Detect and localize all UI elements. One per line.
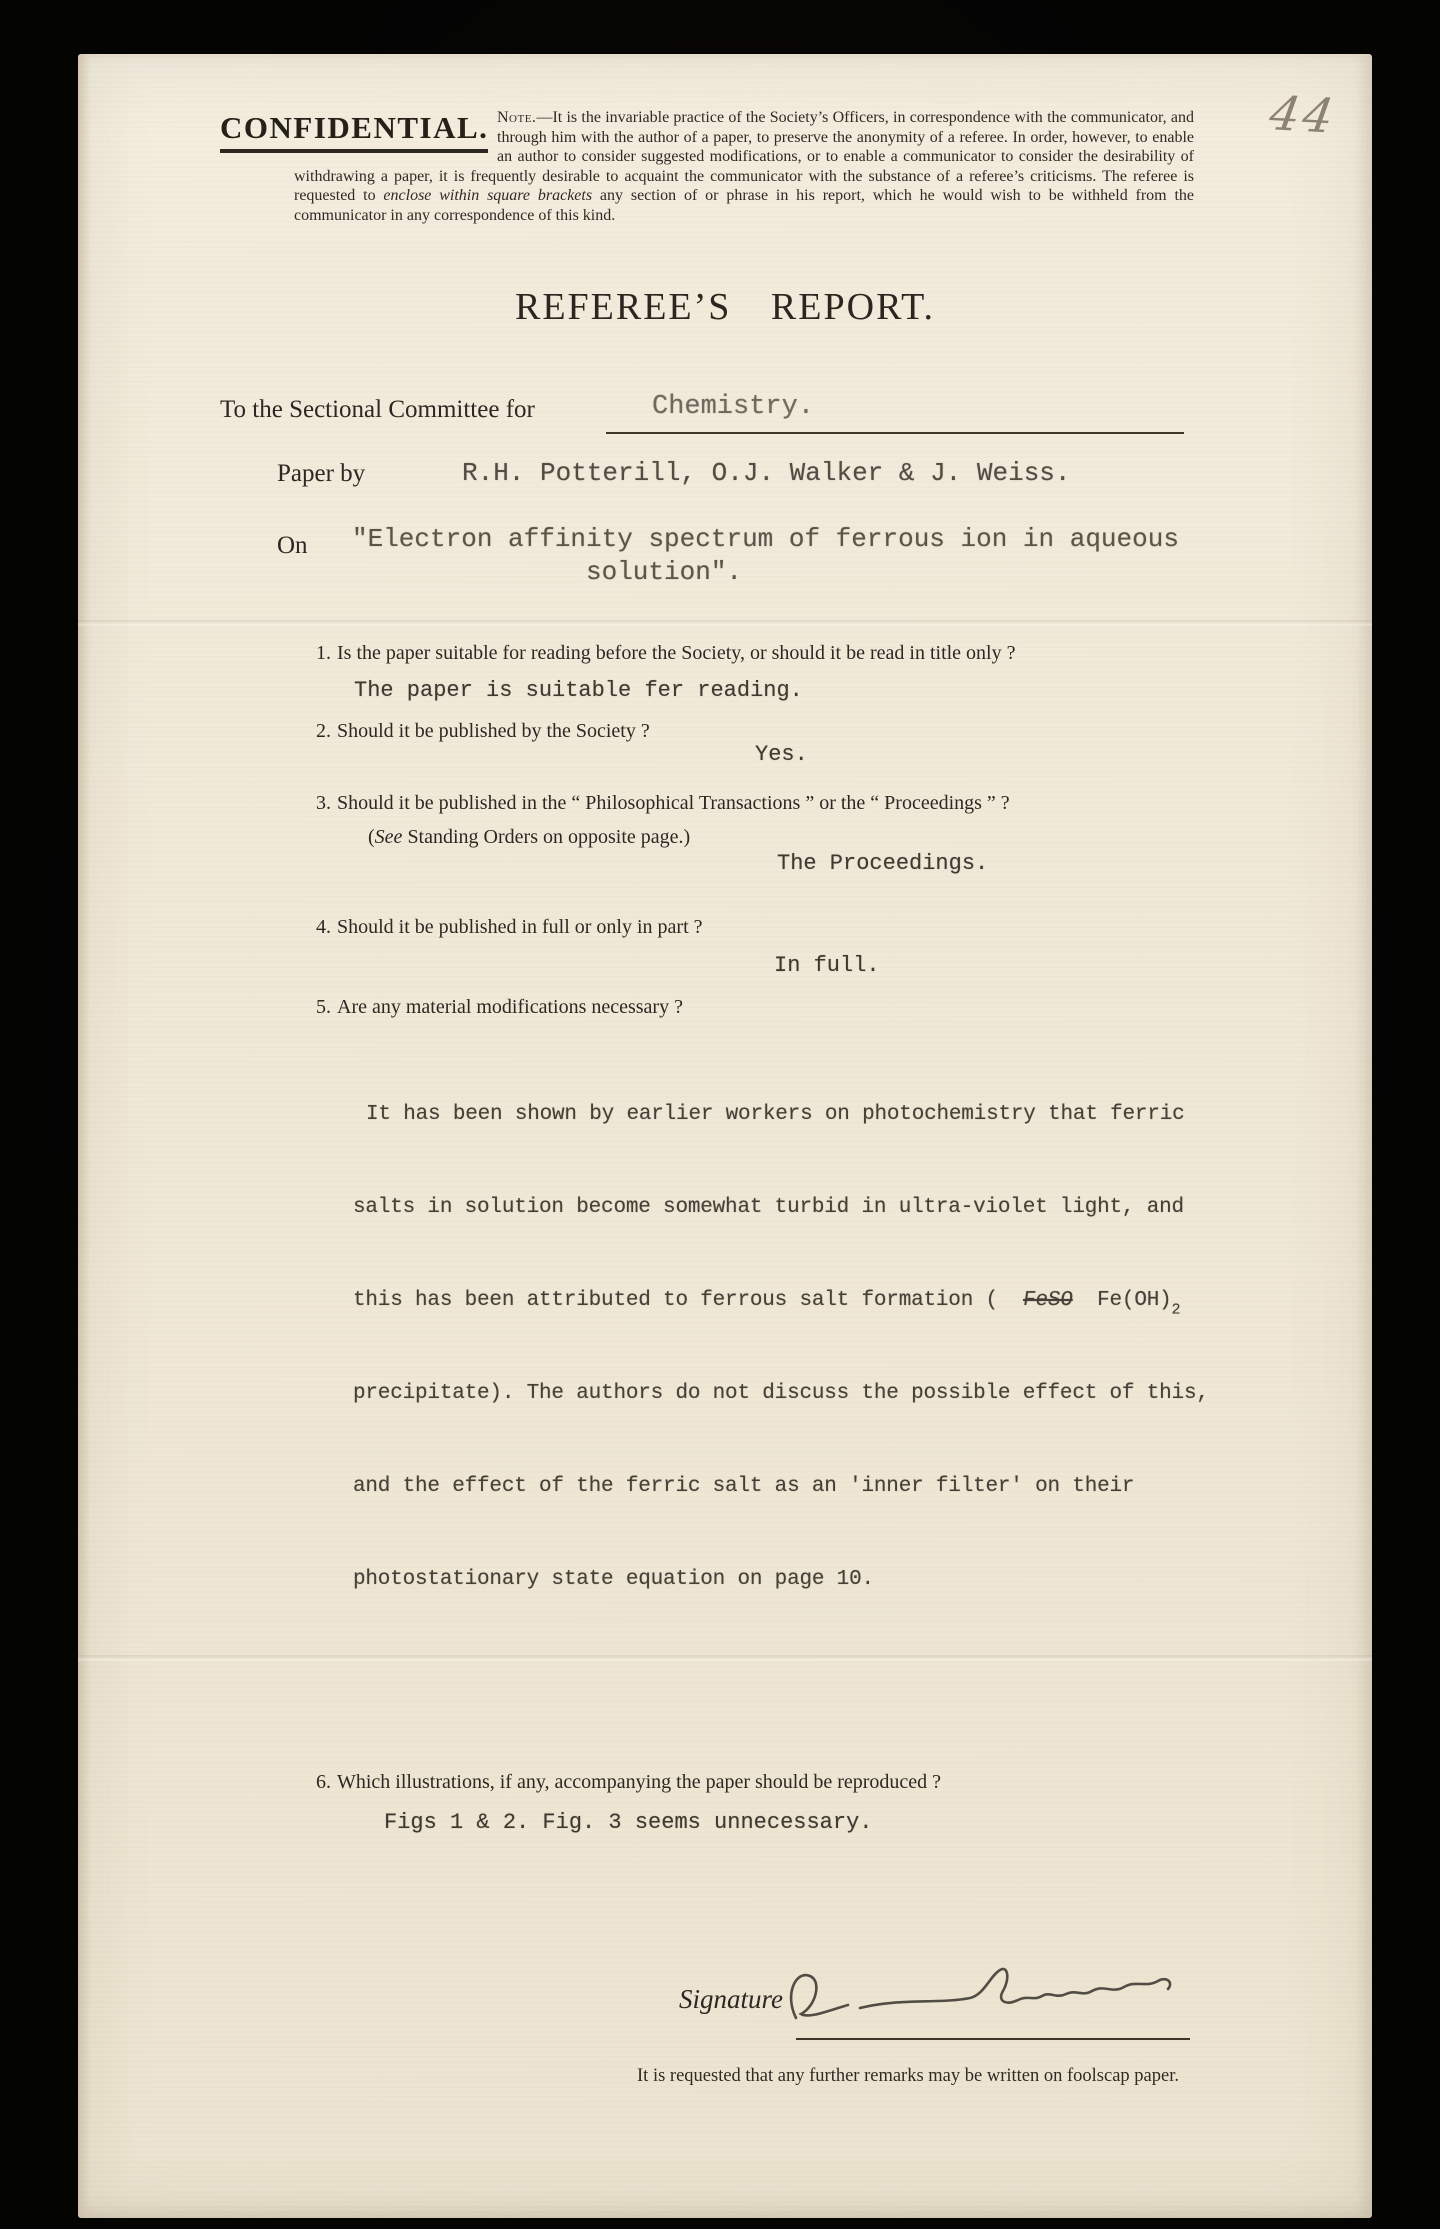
struck-out-text: FeSO [1021, 1289, 1074, 1312]
committee-label: To the Sectional Committee for [220, 396, 535, 424]
remark-line: It has been shown by earlier workers on … [353, 1103, 1209, 1150]
report-title: REFEREE’S REPORT. [78, 285, 1372, 329]
remark-line: precipitate). The authors do not discuss… [353, 1382, 1209, 1429]
question-4-number: 4. [316, 916, 337, 939]
committee-value: Chemistry. [652, 392, 814, 422]
answer-6: Figs 1 & 2. Fig. 3 seems unnecessary. [384, 1810, 872, 1835]
question-3-number: 3. [316, 792, 337, 815]
paper-title-line2: solution". [586, 557, 742, 587]
scan-background: 44 CONFIDENTIAL. Note.—It is the invaria… [0, 0, 1440, 2229]
subnote-italic: See [375, 826, 403, 848]
question-5-number: 5. [316, 996, 337, 1019]
question-5-text: Are any material modifications necessary… [337, 996, 683, 1018]
chemical-subscript: 2 [1172, 1300, 1181, 1318]
answer-2: Yes. [755, 742, 808, 767]
document-page: 44 CONFIDENTIAL. Note.—It is the invaria… [78, 54, 1372, 2218]
answer-1: The paper is suitable fer reading. [354, 678, 803, 703]
question-4-text: Should it be published in full or only i… [337, 916, 703, 938]
question-1-number: 1. [316, 642, 337, 665]
note-label: Note. [497, 109, 536, 126]
question-3-subnote: (See Standing Orders on opposite page.) [368, 826, 690, 849]
note-indent-spacer [294, 108, 497, 148]
committee-blank-line [606, 432, 1184, 434]
question-3-text: Should it be published in the “ Philosop… [337, 792, 1010, 814]
remark-line: photostationary state equation on page 1… [353, 1568, 1209, 1615]
note-paragraph: Note.—It is the invariable practice of t… [294, 108, 1194, 226]
fold-crease-top [78, 620, 1372, 627]
question-2-number: 2. [316, 720, 337, 743]
question-2-text: Should it be published by the Society ? [337, 720, 650, 742]
question-6: 6.Which illustrations, if any, accompany… [316, 1771, 941, 1794]
question-5: 5.Are any material modifications necessa… [316, 996, 683, 1019]
question-6-number: 6. [316, 1771, 337, 1794]
remark-line3-pre: this has been attributed to ferrous salt… [353, 1289, 1023, 1312]
subnote-pre: ( [368, 826, 375, 848]
remark-line3-mid: Fe(OH) [1072, 1289, 1171, 1312]
paper-title-line1: "Electron affinity spectrum of ferrous i… [352, 524, 1179, 554]
answer-3: The Proceedings. [777, 851, 988, 876]
paper-by-label: Paper by [277, 460, 365, 488]
remark-line: this has been attributed to ferrous salt… [353, 1289, 1209, 1336]
paper-authors: R.H. Potterill, O.J. Walker & J. Weiss. [462, 458, 1071, 488]
question-4: 4.Should it be published in full or only… [316, 916, 703, 939]
handwritten-page-number: 44 [1266, 86, 1340, 144]
paper-title-label: On [277, 532, 308, 560]
remark-line: salts in solution become somewhat turbid… [353, 1196, 1209, 1243]
question-3: 3.Should it be published in the “ Philos… [316, 792, 1010, 815]
question-1: 1.Is the paper suitable for reading befo… [316, 642, 1016, 665]
remark-line: and the effect of the ferric salt as an … [353, 1475, 1209, 1522]
answer-4: In full. [774, 953, 880, 978]
paper-left-edge [78, 54, 90, 2218]
question-2: 2.Should it be published by the Society … [316, 720, 650, 743]
subnote-rest: Standing Orders on opposite page.) [402, 826, 690, 848]
question-1-text: Is the paper suitable for reading before… [337, 642, 1016, 664]
handwritten-signature [768, 1952, 1208, 2047]
footer-instruction: It is requested that any further remarks… [558, 2066, 1258, 2087]
note-text-italic: enclose within square brackets [383, 187, 592, 204]
answer-5-remarks: It has been shown by earlier workers on … [353, 1057, 1209, 1661]
question-6-text: Which illustrations, if any, accompanyin… [337, 1771, 941, 1793]
